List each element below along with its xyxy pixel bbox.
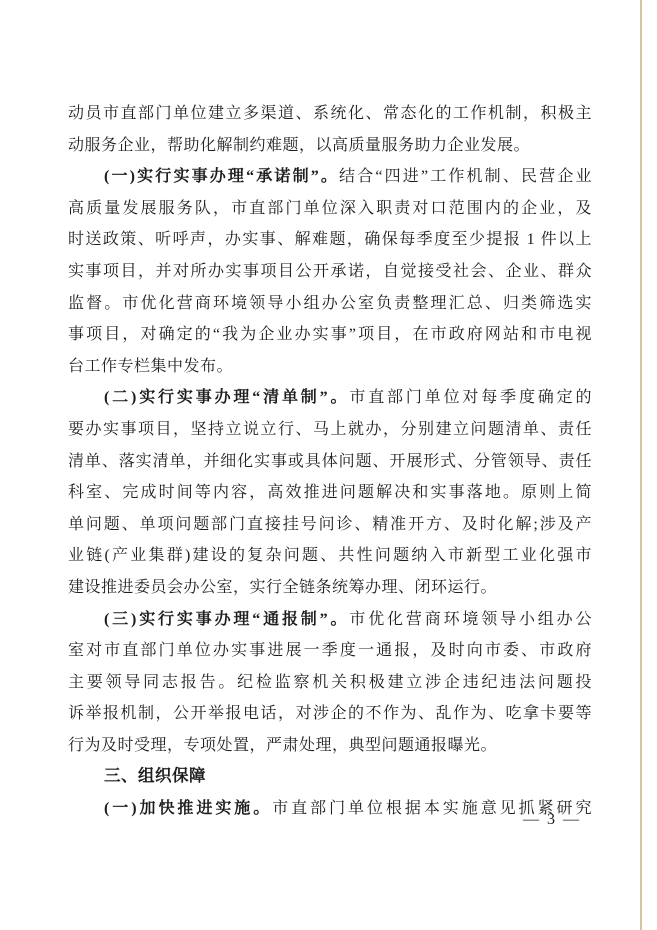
body-line: (一)实行实事办理“承诺制”。结合“四进”工作机制、民营企业	[68, 161, 592, 193]
line-text: 主要领导同志报告。纪检监察机关积极建立涉企违纪违法问题投	[68, 674, 592, 691]
scan-edge-line	[640, 0, 642, 930]
body-line: 科室、完成时间等内容，高效推进问题解决和实事落地。原则上简	[68, 477, 592, 509]
line-text: 室对市直部门单位办实事进展一季度一通报，及时向市委、市政府	[68, 642, 592, 659]
section-heading: 三、组织保障	[68, 761, 592, 793]
body-line: 高质量发展服务队，市直部门单位深入职责对口范围内的企业，及	[68, 193, 592, 225]
line-text: 高质量发展服务队，市直部门单位深入职责对口范围内的企业，及	[68, 200, 592, 217]
page-number: — 3 —	[523, 811, 581, 829]
body-line: 行为及时受理，专项处置，严肃处理，典型问题通报曝光。	[68, 730, 592, 762]
body-line: 单问题、单项问题部门直接挂号问诊、精准开方、及时化解;涉及产	[68, 509, 592, 541]
body-line: 事项目，对确定的“我为企业办实事”项目，在市政府网站和市电视	[68, 319, 592, 351]
line-text: 监督。市优化营商环境领导小组办公室负责整理汇总、归类筛选实	[68, 295, 592, 312]
body-line: 动员市直部门单位建立多渠道、系统化、常态化的工作机制，积极主	[68, 98, 592, 130]
line-text: 业链(产业集群)建设的复杂问题、共性问题纳入市新型工业化强市	[68, 547, 592, 564]
line-text: 市优化营商环境领导小组办公	[349, 611, 592, 628]
line-text: 诉举报机制，公开举报电话，对涉企的不作为、乱作为、吃拿卡要等	[68, 705, 592, 722]
line-text: 台工作专栏集中发布。	[68, 358, 233, 375]
line-text: 时送政策、听呼声，办实事、解难题，确保每季度至少提报 1 件以上	[68, 231, 592, 248]
line-text: 实事项目，并对所办实事项目公开承诺，自觉接受社会、企业、群众	[68, 263, 592, 280]
body-line: 时送政策、听呼声，办实事、解难题，确保每季度至少提报 1 件以上	[68, 224, 592, 256]
body-line: (三)实行实事办理“通报制”。市优化营商环境领导小组办公	[68, 604, 592, 636]
document-body: 动员市直部门单位建立多渠道、系统化、常态化的工作机制，积极主 动服务企业，帮助化…	[68, 98, 592, 825]
line-text: 行为及时受理，专项处置，严肃处理，典型问题通报曝光。	[68, 737, 497, 754]
body-line: 动服务企业，帮助化解制约难题，以高质量服务助力企业发展。	[68, 130, 592, 162]
line-text: 市直部门单位对每季度确定的	[349, 389, 592, 406]
line-text: 科室、完成时间等内容，高效推进问题解决和实事落地。原则上简	[68, 484, 592, 501]
body-line: 要办实事项目，坚持立说立行、马上就办，分别建立问题清单、责任	[68, 414, 592, 446]
body-line: 室对市直部门单位办实事进展一季度一通报，及时向市委、市政府	[68, 635, 592, 667]
body-line: 主要领导同志报告。纪检监察机关积极建立涉企违纪违法问题投	[68, 667, 592, 699]
scanned-document-page: 动员市直部门单位建立多渠道、系统化、常态化的工作机制，积极主 动服务企业，帮助化…	[0, 0, 657, 930]
line-text: 清单、落实清单，并细化实事或具体问题、开展形式、分管领导、责任	[68, 453, 592, 470]
line-text: 动服务企业，帮助化解制约难题，以高质量服务助力企业发展。	[68, 137, 530, 154]
subsection-lead: (二)实行实事办理“清单制”。	[104, 389, 349, 406]
body-line: 监督。市优化营商环境领导小组办公室负责整理汇总、归类筛选实	[68, 288, 592, 320]
line-text: 单问题、单项问题部门直接挂号问诊、精准开方、及时化解;涉及产	[68, 516, 592, 533]
body-line: 实事项目，并对所办实事项目公开承诺，自觉接受社会、企业、群众	[68, 256, 592, 288]
line-text: 建设推进委员会办公室，实行全链条统筹办理、闭环运行。	[68, 579, 497, 596]
subsection-lead: (一)实行实事办理“承诺制”。	[104, 168, 339, 185]
body-line: (一)加快推进实施。市直部门单位根据本实施意见抓紧研究	[68, 793, 592, 825]
line-text: 事项目，对确定的“我为企业办实事”项目，在市政府网站和市电视	[68, 326, 592, 343]
subsection-lead: (一)加快推进实施。	[104, 800, 272, 817]
body-line: 业链(产业集群)建设的复杂问题、共性问题纳入市新型工业化强市	[68, 540, 592, 572]
body-line: 台工作专栏集中发布。	[68, 351, 592, 383]
section-heading-text: 三、组织保障	[104, 767, 206, 785]
body-line: (二)实行实事办理“清单制”。市直部门单位对每季度确定的	[68, 382, 592, 414]
line-text: 结合“四进”工作机制、民营企业	[339, 168, 592, 185]
subsection-lead: (三)实行实事办理“通报制”。	[104, 611, 349, 628]
line-text: 要办实事项目，坚持立说立行、马上就办，分别建立问题清单、责任	[68, 421, 592, 438]
body-line: 诉举报机制，公开举报电话，对涉企的不作为、乱作为、吃拿卡要等	[68, 698, 592, 730]
body-line: 清单、落实清单，并细化实事或具体问题、开展形式、分管领导、责任	[68, 446, 592, 478]
line-text: 动员市直部门单位建立多渠道、系统化、常态化的工作机制，积极主	[68, 105, 592, 122]
body-line: 建设推进委员会办公室，实行全链条统筹办理、闭环运行。	[68, 572, 592, 604]
